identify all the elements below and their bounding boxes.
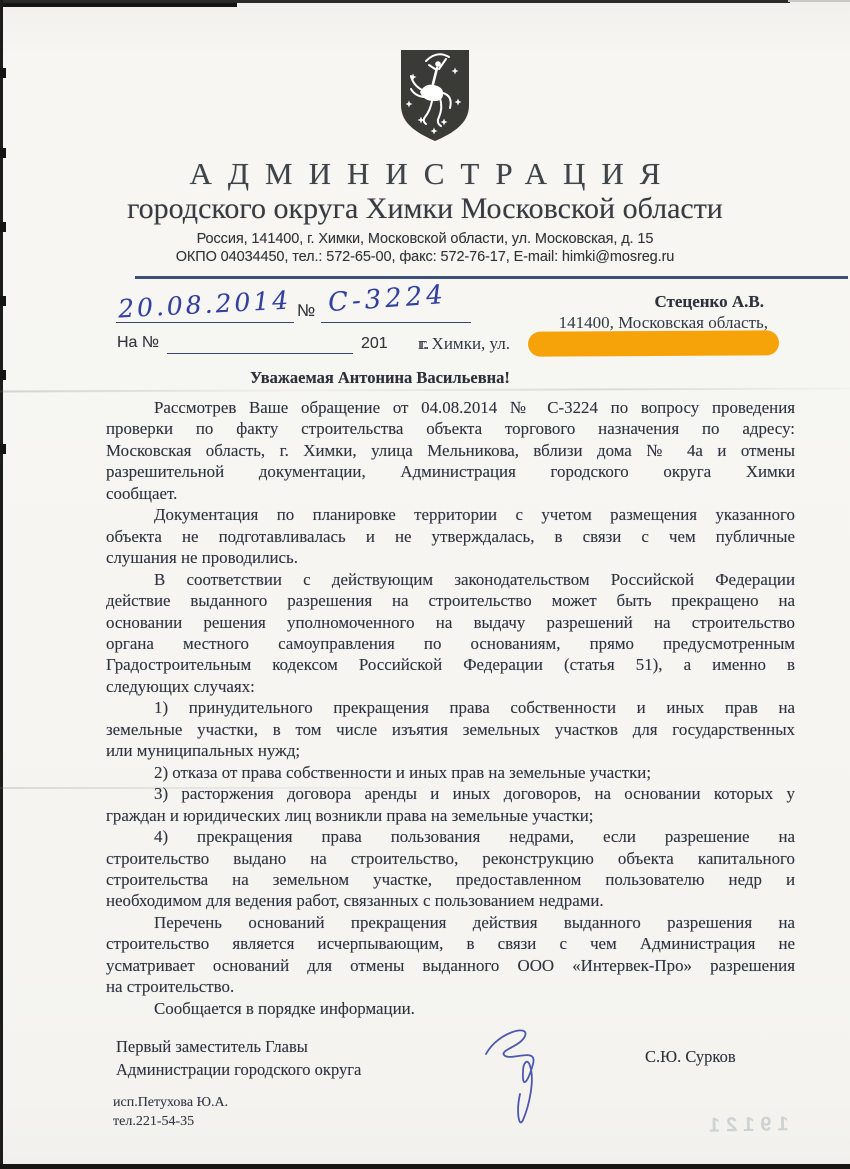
paragraph-line: 1) принудительного прекращения права соб… (106, 697, 795, 718)
paragraph-line: усматривает оснований для отмены выданно… (106, 955, 795, 976)
paragraph-line: проверки по факту строительства объекта … (106, 418, 795, 439)
paragraph: 1) принудительного прекращения права соб… (106, 697, 795, 761)
number-sign-label: № (297, 301, 315, 321)
signer-name: С.Ю. Сурков (645, 1047, 736, 1067)
incoming-number-label: На № (117, 334, 159, 352)
date-underline (116, 322, 294, 323)
paragraph: Перечень оснований прекращения действия … (106, 912, 795, 998)
paragraph-line: основании решения уполномоченного на выд… (106, 612, 795, 633)
paragraph: Рассмотрев Ваше обращение от 04.08.2014 … (106, 397, 795, 504)
scanned-letter-page: АДМИНИСТРАЦИЯ городского округа Химки Мо… (0, 0, 850, 1169)
outgoing-date-handwritten: 20.08.2014 (117, 285, 291, 323)
number-underline (321, 322, 471, 323)
org-title: АДМИНИСТРАЦИЯ (0, 156, 850, 192)
signer-position: Первый заместитель Главы Администрации г… (116, 1035, 361, 1081)
paragraph-line: слушания не проводились. (106, 547, 795, 568)
incoming-year: 201 (361, 335, 388, 353)
letter-body: Рассмотрев Ваше обращение от 04.08.2014 … (106, 397, 795, 1019)
paragraph-line: строительство является исчерпывающим, в … (106, 933, 795, 954)
paper-crease (0, 388, 850, 393)
executor-note: исп.Петухова Ю.А. (113, 1095, 228, 1111)
executor-phone: тел.221-54-35 (113, 1114, 194, 1130)
addressee-name: Стеценко А.В. (654, 292, 764, 312)
paragraph-line: или муниципальных нужд; (106, 740, 795, 761)
scan-edge-top-fade (788, 0, 850, 2)
paragraph-line: строительства на земельном участке, пред… (106, 869, 795, 890)
scan-notch (0, 296, 6, 306)
paragraph-line: земельные участки, в том числе изъятия з… (106, 719, 795, 740)
paragraph: Документация по планировке территории с … (106, 504, 795, 568)
paragraph-line: действие выданного разрешения на строите… (106, 590, 795, 611)
salutation: Уважаемая Антонина Васильевна! (250, 368, 510, 388)
incoming-number-underline (167, 353, 353, 354)
paragraph-line: Градостроительным кодексом Российской Фе… (106, 654, 795, 675)
paragraph-line: Документация по планировке территории с … (106, 504, 795, 525)
bleed-through-digits: 19121 (703, 1113, 789, 1137)
scan-notch (0, 68, 6, 78)
paragraph-line: разрешительной документации, Администрац… (106, 461, 795, 482)
scan-notch (0, 444, 6, 454)
scan-notch (0, 370, 6, 380)
handwritten-signature-icon (478, 1020, 573, 1132)
paragraph-line: граждан и юридических лиц возникли права… (106, 805, 795, 826)
scan-edge-bottom (0, 1164, 850, 1169)
paragraph-line: 2) отказа от права собственности и иных … (106, 762, 795, 783)
paragraph-line: В соответствии с действующим законодател… (106, 569, 795, 590)
outgoing-number-handwritten: С-3224 (327, 280, 448, 318)
paragraph-line: 4) прекращения права пользования недрами… (106, 826, 795, 847)
paragraph-line: Рассмотрев Ваше обращение от 04.08.2014 … (106, 397, 795, 418)
org-subtitle: городского округа Химки Московской облас… (0, 192, 850, 226)
addressee-address-line2: г. Химки, ул. (418, 334, 510, 354)
paragraph-line: на строительство. (106, 976, 795, 997)
paragraph-line: Сообщается в порядке информации. (106, 998, 795, 1019)
signer-position-line1: Первый заместитель Главы (116, 1035, 361, 1058)
paragraph-line: строительство выдано на строительство, р… (106, 848, 795, 869)
paragraph-line: 3) расторжения договора аренды и иных до… (106, 783, 795, 804)
paragraph-line: следующих случаях: (106, 676, 795, 697)
paragraph-line: объекта не подготавливалась и не утвержд… (106, 526, 795, 547)
paragraph: 2) отказа от права собственности и иных … (106, 762, 795, 783)
paragraph-line: сообщает. (106, 483, 795, 504)
signer-position-line2: Администрации городского округа (116, 1058, 361, 1081)
letterhead-divider-rule (135, 276, 848, 279)
paragraph-line: Московская область, г. Химки, улица Мель… (106, 440, 795, 461)
paragraph-line: Перечень оснований прекращения действия … (106, 912, 795, 933)
paragraph: 3) расторжения договора аренды и иных до… (106, 783, 795, 826)
paragraph: 4) прекращения права пользования недрами… (106, 826, 795, 912)
letterhead-address-line2: ОКПО 04034450, тел.: 572-65-00, факс: 57… (0, 249, 850, 265)
letterhead-address-line1: Россия, 141400, г. Химки, Московской обл… (0, 231, 850, 247)
paragraph: В соответствии с действующим законодател… (106, 569, 795, 698)
redaction-bar (528, 330, 779, 356)
khimki-coat-of-arms-icon (398, 48, 472, 143)
paragraph-line: необходимом для ведения работ, связанных… (106, 890, 795, 911)
scan-edge-top (0, 0, 790, 3)
paragraph: Сообщается в порядке информации. (106, 998, 795, 1019)
paragraph-line: органа местного самоуправления по основа… (106, 633, 795, 654)
